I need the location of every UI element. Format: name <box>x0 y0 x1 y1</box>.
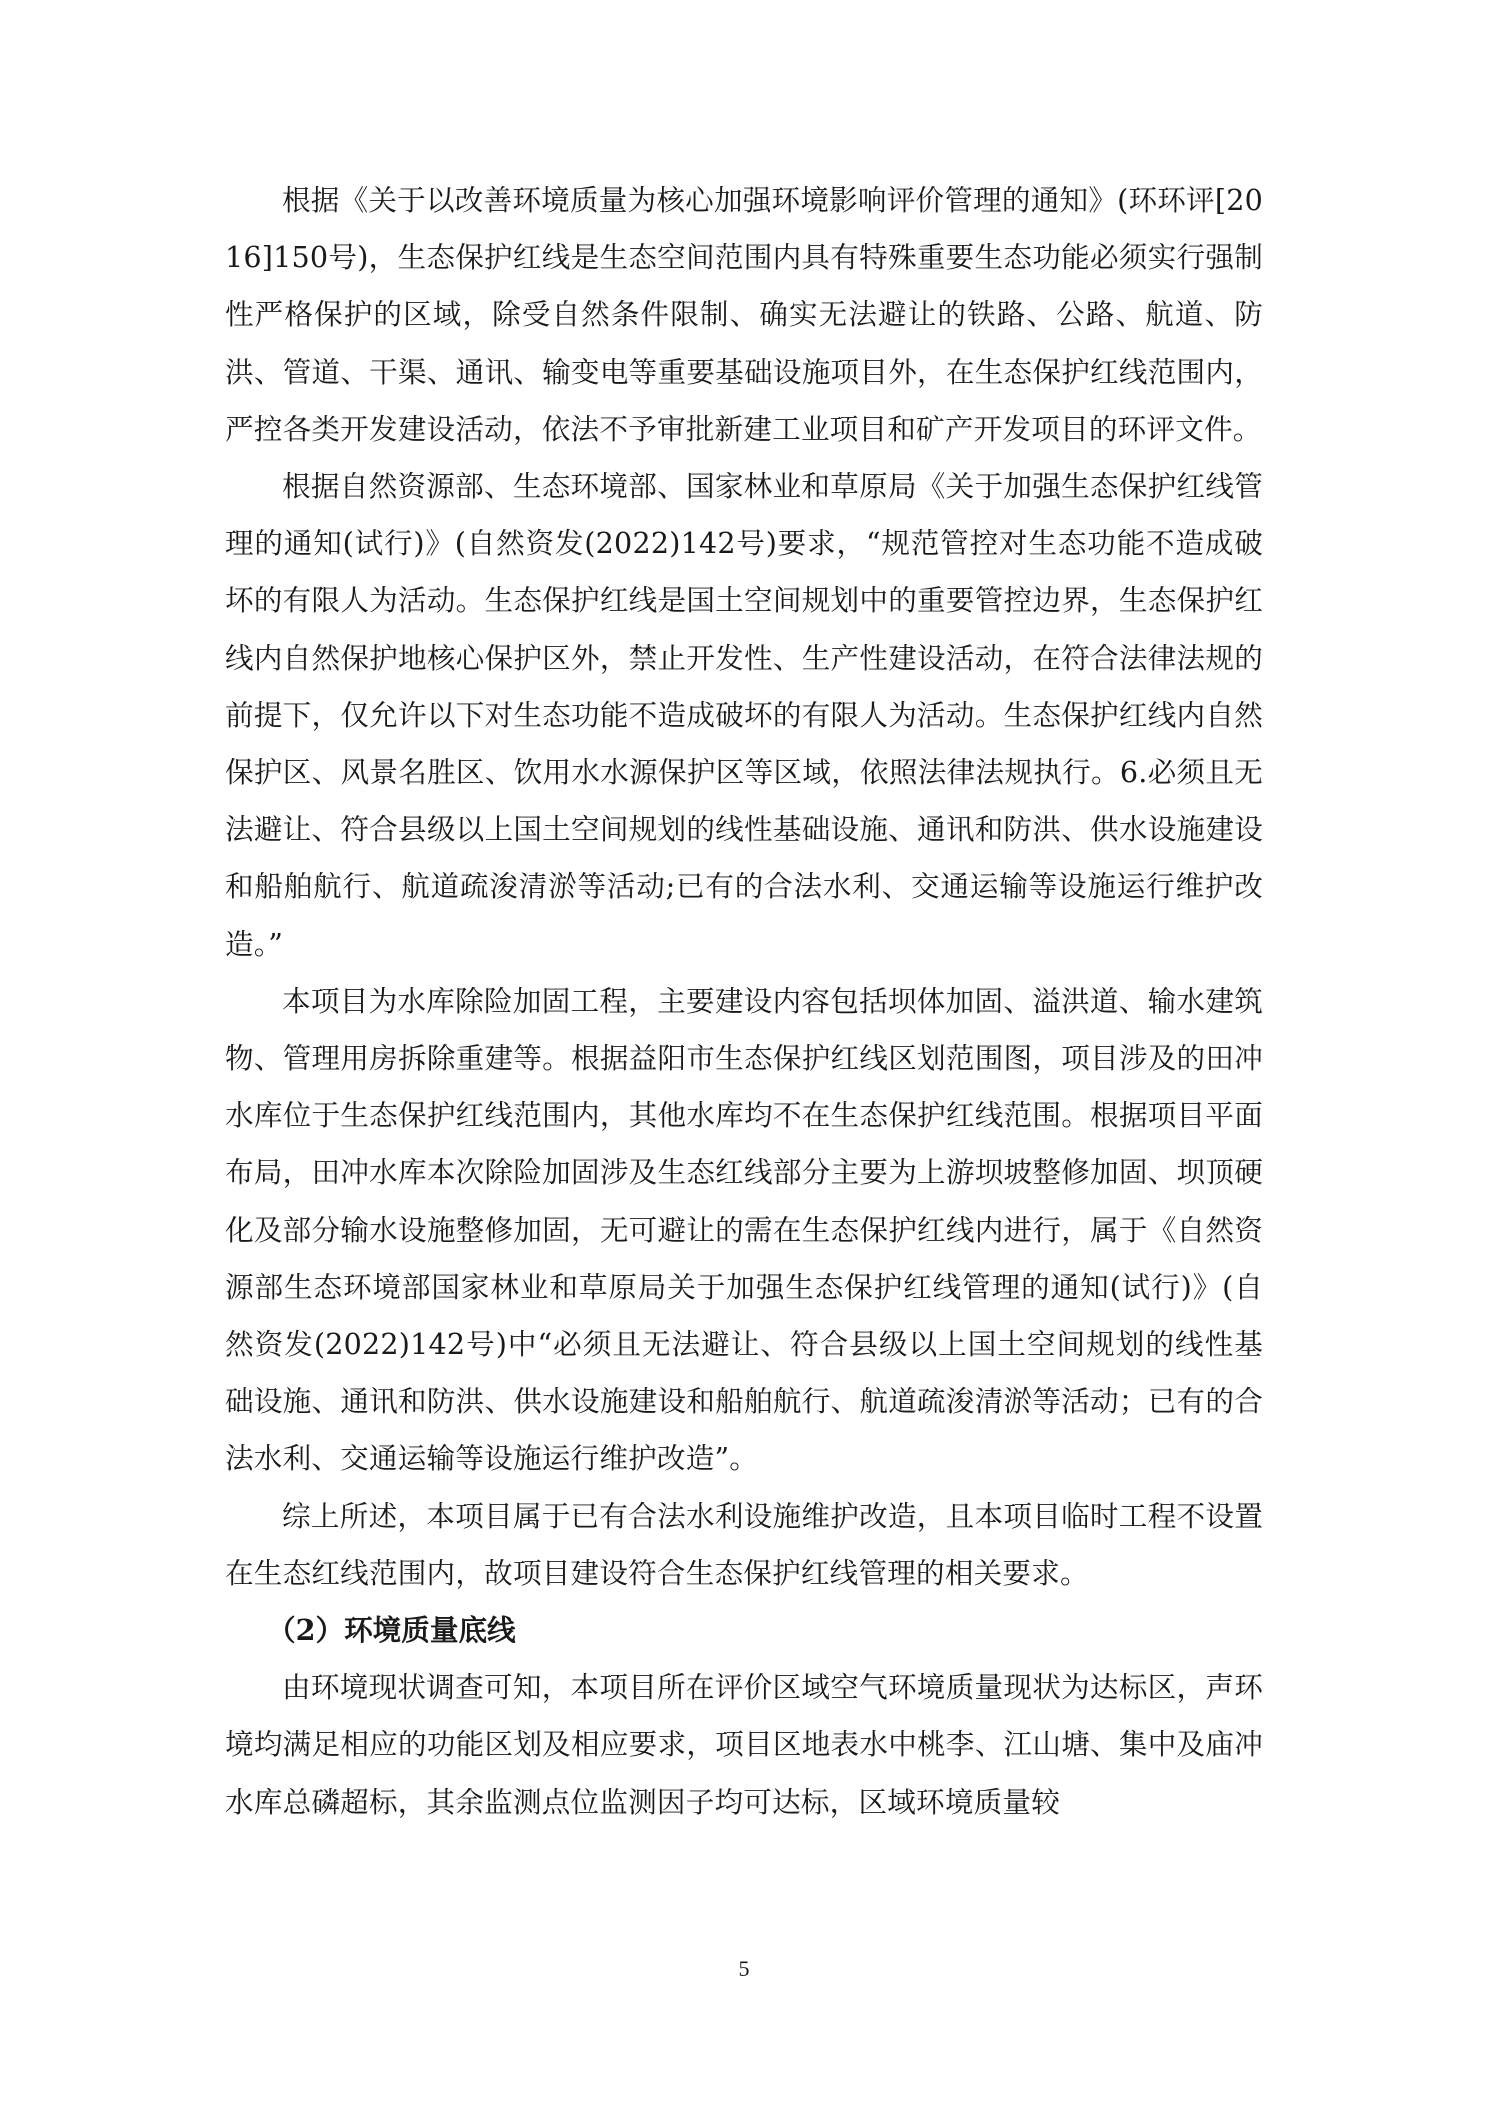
paragraph-conclusion: 综上所述，本项目属于已有合法水利设施维护改造，且本项目临时工程不设置在生态红线范… <box>225 1488 1263 1602</box>
paragraph-red-line-policy: 根据《关于以改善环境质量为核心加强环境影响评价管理的通知》(环环评[2016]1… <box>225 172 1263 458</box>
document-body: 根据《关于以改善环境质量为核心加强环境影响评价管理的通知》(环环评[2016]1… <box>225 172 1263 1831</box>
paragraph-environmental-status: 由环境现状调查可知，本项目所在评价区域空气环境质量现状为达标区，声环境均满足相应… <box>225 1659 1263 1831</box>
paragraph-project-description: 本项目为水库除险加固工程，主要建设内容包括坝体加固、溢洪道、输水建筑物、管理用房… <box>225 973 1263 1488</box>
paragraph-red-line-notice: 根据自然资源部、生态环境部、国家林业和草原局《关于加强生态保护红线管理的通知(试… <box>225 458 1263 973</box>
section-heading-environmental-quality: （2）环境质量底线 <box>225 1602 1263 1659</box>
page-number: 5 <box>0 1956 1488 1982</box>
